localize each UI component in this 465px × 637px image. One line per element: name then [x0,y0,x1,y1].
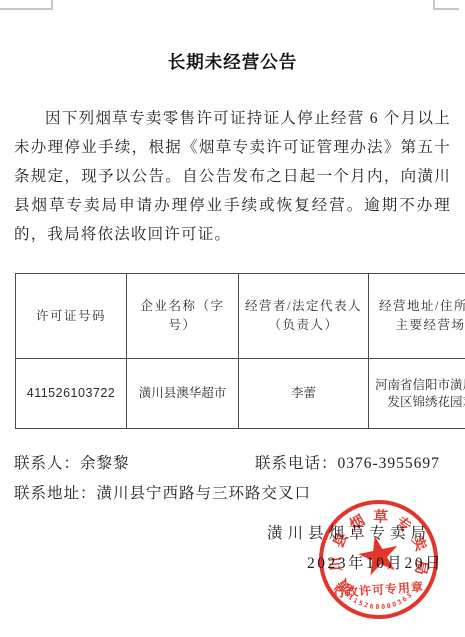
table-header-row: 许可证号码 企业名称（字号） 经营者/法定代表人（负责人） 经营地址/住所或者主… [16,274,465,359]
seal-code-digit: 0 [386,601,391,610]
license-table: 许可证号码 企业名称（字号） 经营者/法定代表人（负责人） 经营地址/住所或者主… [15,273,465,429]
cell-enterprise-name: 潢川县澳华超市 [127,359,239,429]
contact-address-line: 联系地址：潢川县宁西路与三环路交叉口 [14,481,311,503]
announcement-body: 因下列烟草专卖零售许可证持证人停止经营 6 个月以上未办理停业手续，根据《烟草专… [14,104,451,249]
seal-code-digit: 4 [342,589,350,597]
seal-code-digit: 0 [391,600,397,609]
seal-code-digit: 1 [351,596,358,605]
seal-code-digit: 3 [396,597,403,606]
header-enterprise-name: 企业名称（字号） [127,274,239,359]
contact-person-value: 余黎黎 [80,455,130,472]
seal-code-digit: 2 [363,600,369,609]
contact-phone-value: 0376-3955697 [338,455,440,472]
seal-code-digit: 5 [357,598,364,607]
seal-banner-text: 行政许可专用章 [318,577,440,602]
contact-phone-label: 联系电话： [255,455,338,472]
seal-code-digit: 6 [369,602,374,611]
seal-code-digit: 3 [405,591,413,600]
seal-code-digit: 1 [346,593,354,602]
cell-operator: 李蕾 [239,359,369,429]
seal-code-digit: 0 [380,602,385,610]
contact-person-label: 联系人： [14,455,80,472]
cell-address: 河南省信阳市潢川县开发区锦绣花园对面 [369,359,465,429]
cell-license-number: 411526103722 [16,359,127,429]
page-title: 长期未经营公告 [0,49,465,74]
header-address: 经营地址/住所或者主要经营场所 [369,274,465,359]
page-corner-mark-right [433,0,459,10]
header-operator: 经营者/法定代表人（负责人） [239,274,369,359]
signature-date: 2023年10月20日 [307,551,443,573]
contact-person-line: 联系人：余黎黎 [14,451,130,473]
contact-address-label: 联系地址： [14,485,97,502]
contact-address-value: 潢川县宁西路与三环路交叉口 [97,485,312,502]
signature-issuer: 潢川县烟草专卖局 [267,521,431,543]
seal-code-digit: 6 [400,594,408,603]
header-license-number: 许可证号码 [16,274,127,359]
announcement-page: { "doc": { "title": "长期未经营公告", "body_par… [0,0,465,637]
page-corner-mark-left [0,0,53,10]
table-row: 411526103722 潢川县澳华超市 李蕾 河南省信阳市潢川县开发区锦绣花园… [16,359,465,429]
seal-code-digit: 0 [375,602,379,610]
contact-phone-line: 联系电话：0376-3955697 [255,451,440,473]
seal-ring-char: 潢 [331,574,356,598]
